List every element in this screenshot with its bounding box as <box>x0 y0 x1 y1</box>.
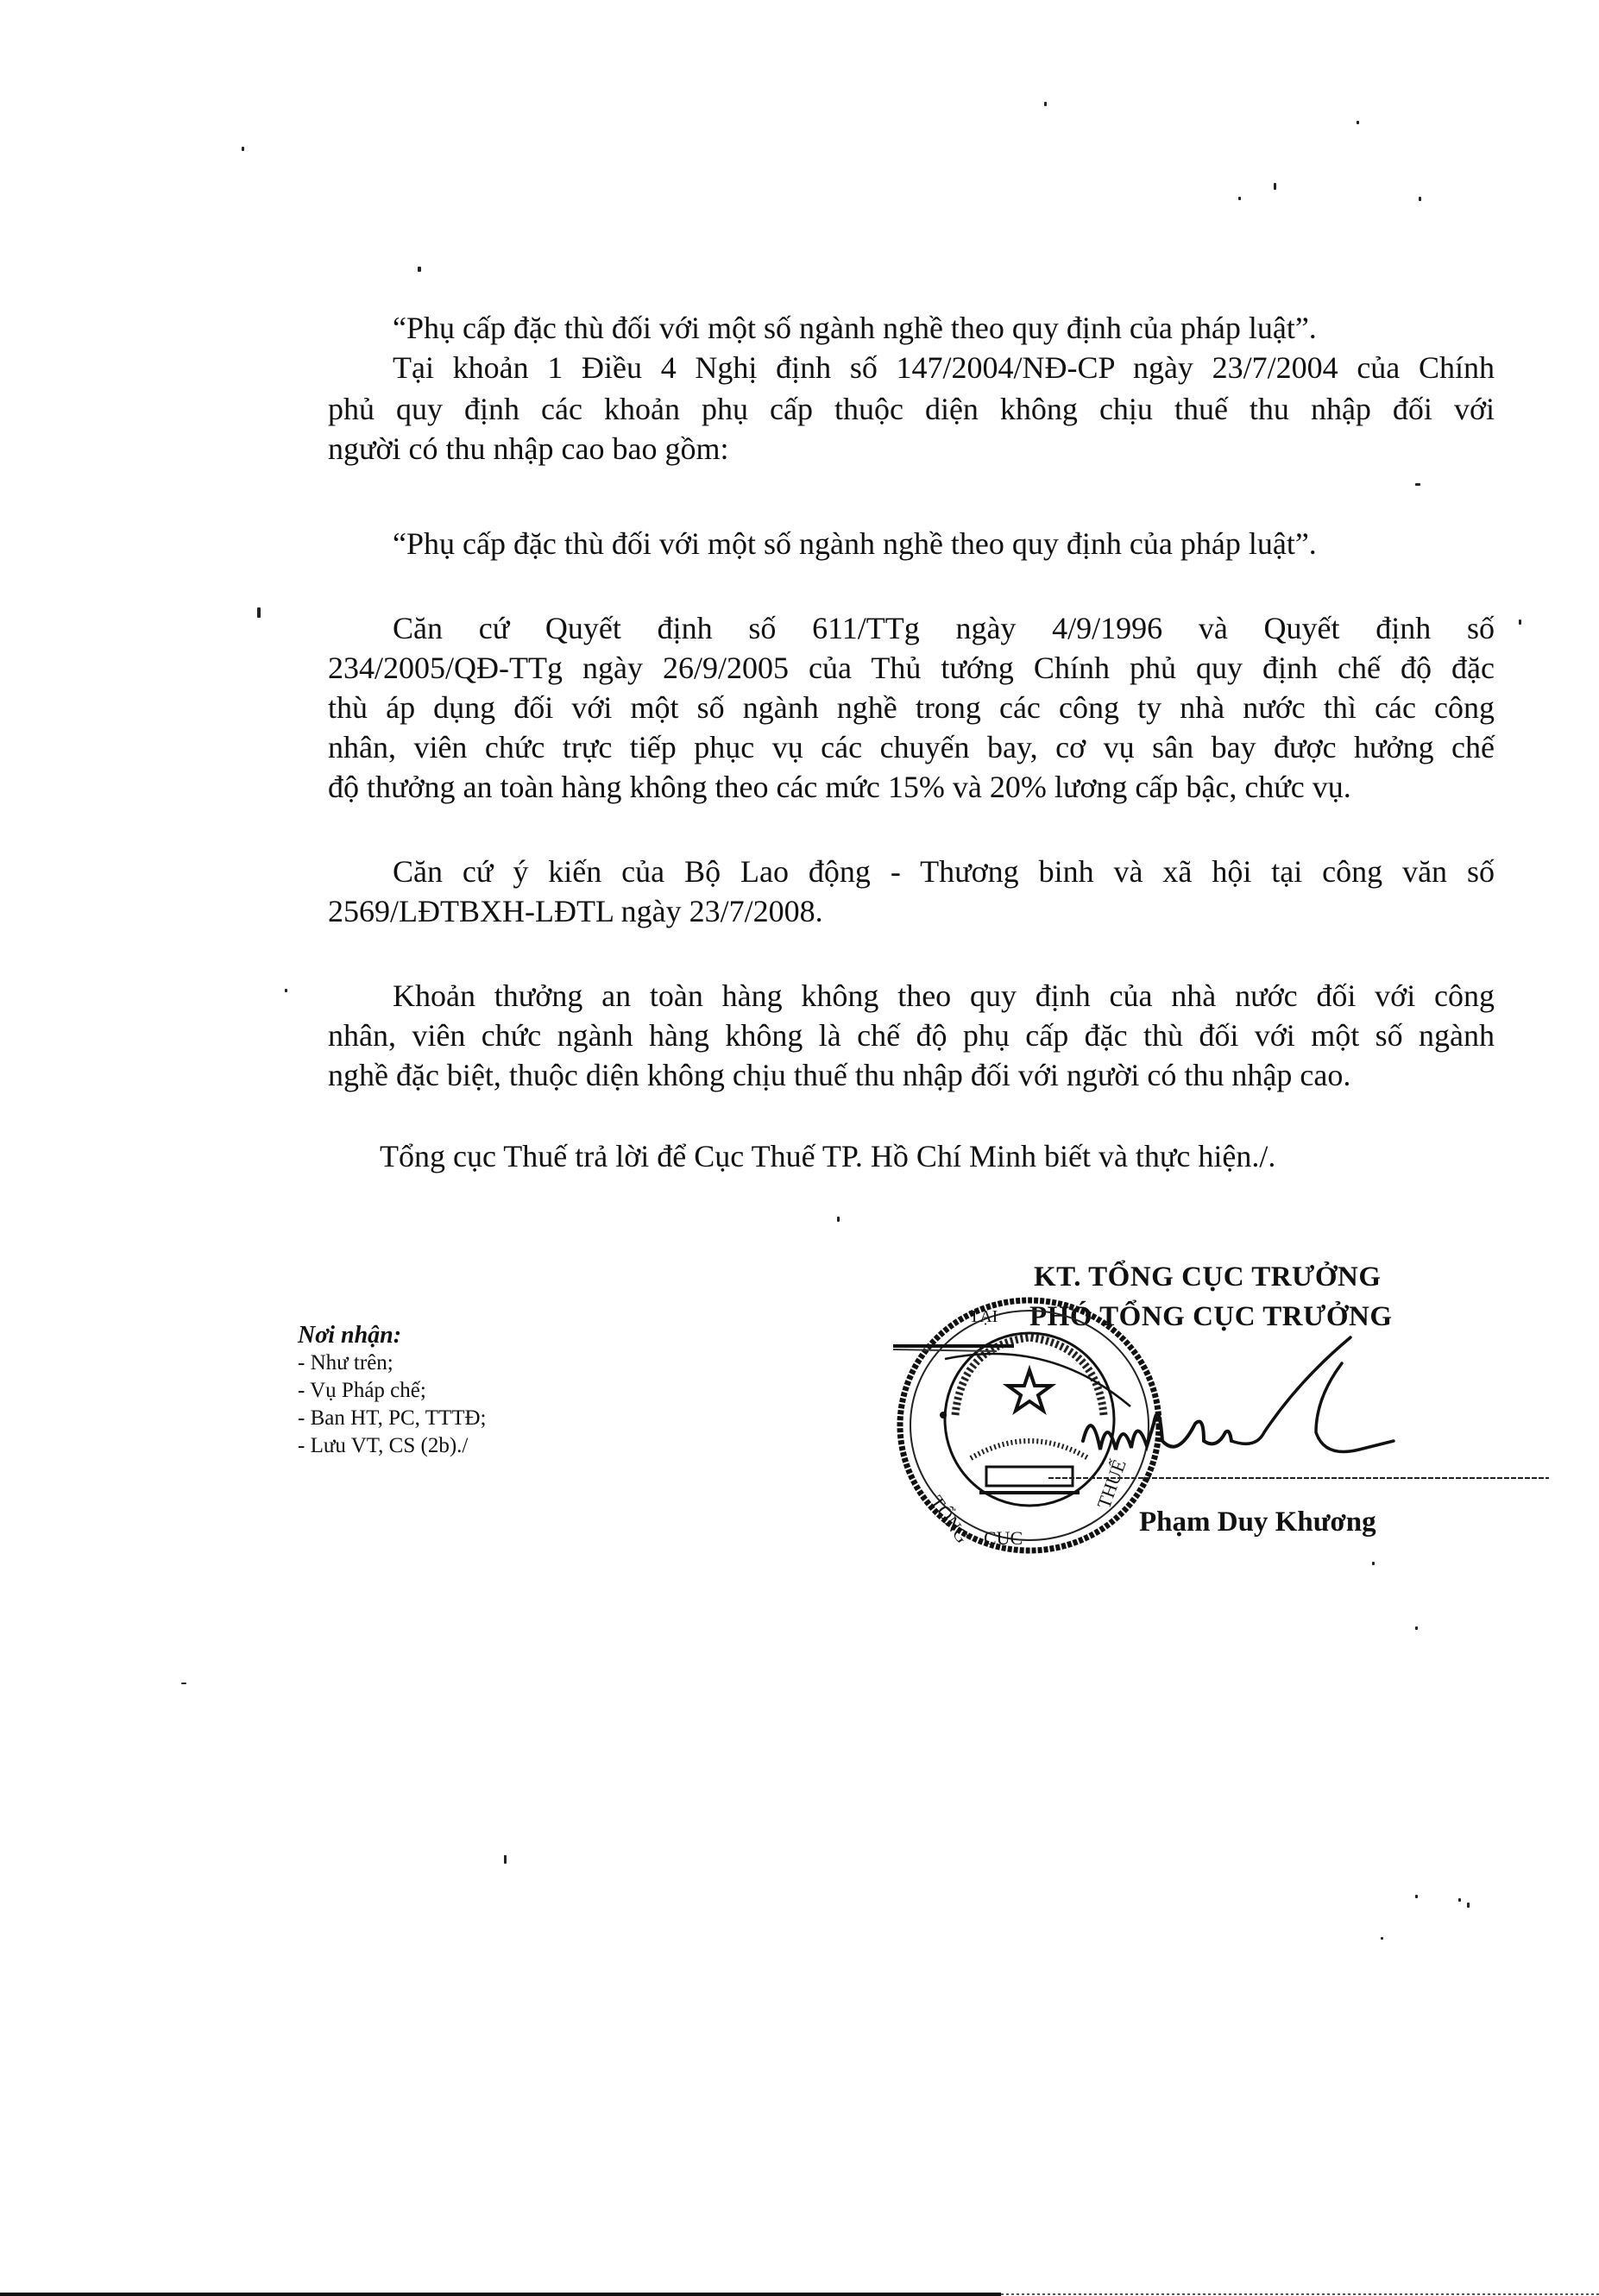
text-line: thù áp dụng đối với một số ngành nghề tr… <box>328 689 1495 727</box>
text-line: nhân, viên chức trực tiếp phục vụ các ch… <box>328 728 1495 767</box>
text-line: nhân, viên chức ngành hàng không là chế … <box>328 1016 1495 1055</box>
text-line: Tổng cục Thuế trả lời để Cục Thuế TP. Hồ… <box>380 1139 1275 1173</box>
scan-speck <box>1357 121 1359 124</box>
scan-speck <box>1238 197 1241 200</box>
recipient-item: - Ban HT, PC, TTTĐ; <box>298 1406 487 1431</box>
closing-paragraph: Tổng cục Thuế trả lời để Cục Thuế TP. Hồ… <box>380 1137 1275 1176</box>
text-line: 2569/LĐTBXH-LĐTL ngày 23/7/2008. <box>328 894 823 928</box>
text-line: nghề đặc biệt, thuộc diện không chịu thu… <box>328 1058 1350 1092</box>
quote-paragraph-1: “Phụ cấp đặc thù đối với một số ngành ng… <box>393 309 1317 348</box>
scan-speck <box>504 1855 507 1864</box>
scan-speck <box>1044 102 1047 106</box>
scanned-document-page: “Phụ cấp đặc thù đối với một số ngành ng… <box>0 0 1599 2296</box>
scan-speck <box>242 147 244 151</box>
text-line: “Phụ cấp đặc thù đối với một số ngành ng… <box>393 526 1317 561</box>
scan-speck <box>1419 197 1421 201</box>
recipient-item: - Lưu VT, CS (2b)./ <box>298 1434 487 1458</box>
handwritten-signature-icon <box>1066 1329 1480 1501</box>
scan-speck <box>257 607 261 618</box>
scan-speck <box>1415 1895 1418 1898</box>
signature-underline <box>1048 1477 1549 1479</box>
svg-text:TẠI: TẠI <box>969 1307 998 1326</box>
signature-title-line-1: KT. TỔNG CỤC TRƯỞNG <box>1034 1261 1382 1293</box>
text-line: Khoản thưởng an toàn hàng không theo quy… <box>393 977 1495 1016</box>
scan-bottom-edge <box>0 2293 1001 2296</box>
text-line: phủ quy định các khoản phụ cấp thuộc diệ… <box>328 390 1495 429</box>
scan-bottom-edge-dotted <box>1001 2293 1599 2295</box>
scan-speck <box>285 989 287 992</box>
scan-speck <box>837 1217 840 1222</box>
scan-speck <box>1274 183 1276 190</box>
recipients-title: Nơi nhận: <box>298 1322 487 1349</box>
recipients-block: Nơi nhận: - Như trên; - Vụ Pháp chế; - B… <box>298 1322 487 1458</box>
text-line: 234/2005/QĐ-TTg ngày 26/9/2005 của Thủ t… <box>328 649 1495 688</box>
scan-speck <box>1415 483 1420 486</box>
text-line: Căn cứ Quyết định số 611/TTg ngày 4/9/19… <box>393 609 1495 648</box>
recipient-item: - Như trên; <box>298 1351 487 1375</box>
scan-speck <box>1415 1626 1418 1630</box>
text-line: Căn cứ ý kiến của Bộ Lao động - Thương b… <box>393 852 1495 891</box>
scan-speck <box>1519 620 1521 625</box>
scan-speck <box>418 267 421 272</box>
text-line: độ thưởng an toàn hàng không theo các mứ… <box>328 770 1351 804</box>
scan-speck <box>181 1683 186 1684</box>
scan-speck <box>1467 1903 1470 1908</box>
signer-name: Phạm Duy Khương <box>1139 1507 1376 1538</box>
text-line: “Phụ cấp đặc thù đối với một số ngành ng… <box>393 311 1317 345</box>
svg-text:TỔNG: TỔNG <box>926 1492 974 1547</box>
recipient-item: - Vụ Pháp chế; <box>298 1379 487 1403</box>
scan-speck <box>1381 1937 1383 1940</box>
scan-speck <box>1458 1898 1461 1902</box>
scan-speck <box>1372 1562 1375 1565</box>
svg-text:CỤC: CỤC <box>984 1527 1023 1549</box>
text-line: Tại khoản 1 Điều 4 Nghị định số 147/2004… <box>393 349 1495 387</box>
quote-paragraph-2: “Phụ cấp đặc thù đối với một số ngành ng… <box>393 525 1317 563</box>
text-line: người có thu nhập cao bao gồm: <box>328 431 728 466</box>
